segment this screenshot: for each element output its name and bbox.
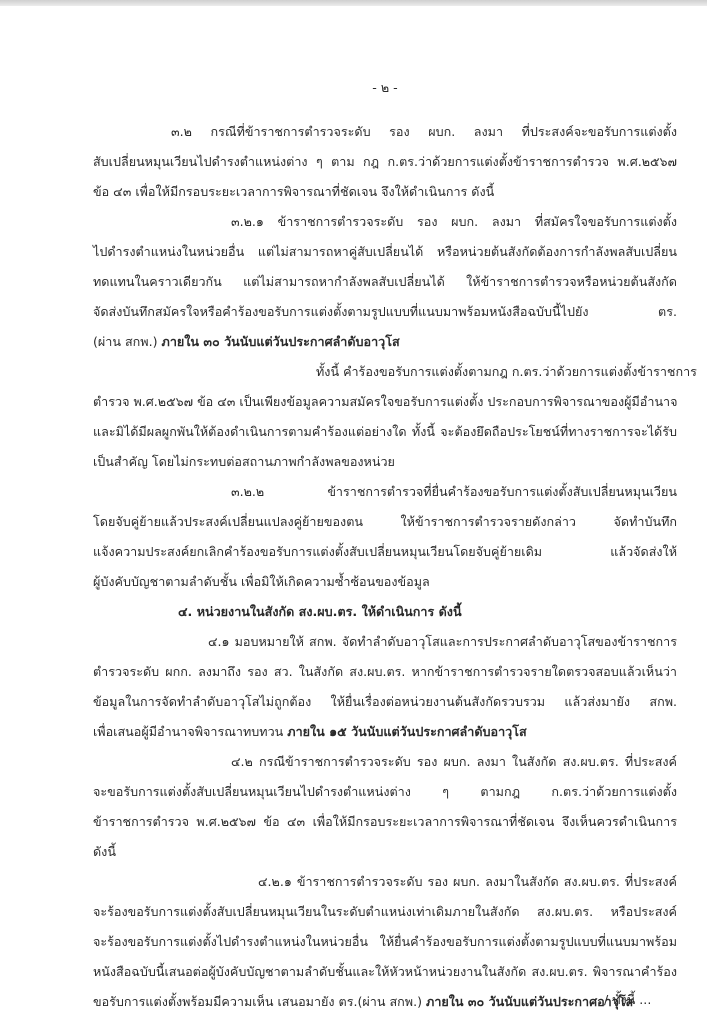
- para-4-2-1-line-1: ๔.๒.๑ ข้าราชการตำรวจระดับ รอง ผบก. ลงมาใ…: [258, 872, 677, 892]
- para-3-2-line-3: ข้อ ๔๓ เพื่อให้มีกรอบระยะเวลาการพิจารณาท…: [93, 182, 677, 202]
- para-4-2-line-2: จะขอรับการแต่งตั้งสับเปลี่ยนหมุนเวียนไปด…: [93, 782, 677, 802]
- para-4-1-line-2: ตำรวจระดับ ผกก. ลงมาถึง รอง สว. ในสังกัด…: [93, 662, 677, 682]
- note-line-3: และมิได้มีผลผูกพันให้ต้องดำเนินการตามคำร…: [93, 422, 677, 442]
- para-3-2-2-line-4: ผู้บังคับบัญชาตามลำดับชั้น เพื่อมิให้เกิ…: [93, 572, 677, 592]
- scan-top-edge: [0, 0, 707, 6]
- continuation-marker: / ทั้งนี้ ...: [604, 990, 651, 1010]
- para-3-2-2-line-2: โดยจับคู่ย้ายแล้วประสงค์เปลี่ยนแปลงคู่ย้…: [93, 512, 677, 532]
- para-4-1-line-3: ข้อมูลในการจัดทำลำดับอาวุโสไม่ถูกต้อง ให…: [93, 692, 677, 712]
- para-3-2-2-line-3: แจ้งความประสงค์ยกเลิกคำร้องขอรับการแต่งต…: [93, 542, 677, 562]
- para-4-1-line-4: เพื่อเสนอผู้มีอำนาจพิจารณาทบทวน ภายใน ๑๕…: [93, 722, 677, 742]
- para-3-2-1-line-2: ไปดำรงตำแหน่งในหน่วยอื่น แต่ไม่สามารถหาค…: [93, 242, 677, 262]
- para-3-2-line-1: ๓.๒ กรณีที่ข้าราชการตำรวจระดับ รอง ผบก. …: [171, 122, 677, 142]
- para-4-2-1-line-2: จะร้องขอรับการแต่งตั้งสับเปลี่ยนหมุนเวีย…: [93, 902, 677, 922]
- note-line-2: ตำรวจ พ.ศ.๒๕๖๗ ข้อ ๔๓ เป็นเพียงข้อมูลควา…: [93, 392, 677, 412]
- para-3-2-2-line-1: ๓.๒.๒ ข้าราชการตำรวจที่ยื่นคำร้องขอรับกา…: [231, 482, 677, 502]
- para-3-2-1-line-1: ๓.๒.๑ ข้าราชการตำรวจระดับ รอง ผบก. ลงมา …: [231, 212, 677, 232]
- para-4-2-line-4: ดังนี้: [93, 842, 677, 862]
- para-3-2-1-via: (ผ่าน สกพ.): [93, 334, 162, 349]
- para-4-2-1-line-4: หนังสือฉบับนี้เสนอต่อผู้บังคับบัญชาตามลำ…: [93, 962, 677, 982]
- para-4-1-line-1: ๔.๑ มอบหมายให้ สกพ. จัดทำลำดับอาวุโสและก…: [208, 632, 677, 652]
- para-4-2-line-3: ข้าราชการตำรวจ พ.ศ.๒๕๖๗ ข้อ ๔๓ เพื่อให้ม…: [93, 812, 677, 832]
- page-number: - ๒ -: [93, 78, 677, 98]
- para-3-2-1-deadline: ภายใน ๓๐ วันนับแต่วันประกาศลำดับอาวุโส: [162, 334, 400, 349]
- section-4-heading: ๔. หน่วยงานในสังกัด สง.ผบ.ตร. ให้ดำเนินก…: [178, 602, 677, 622]
- para-3-2-line-2: สับเปลี่ยนหมุนเวียนไปดำรงตำแหน่งต่าง ๆ ต…: [93, 152, 677, 172]
- para-3-2-1-line-4: จัดส่งบันทึกสมัครใจหรือคำร้องขอรับการแต่…: [93, 302, 677, 322]
- para-4-1-deadline: ภายใน ๑๕ วันนับแต่วันประกาศลำดับอาวุโส: [287, 724, 526, 739]
- para-3-2-1-line-5: (ผ่าน สกพ.) ภายใน ๓๐ วันนับแต่วันประกาศล…: [93, 332, 677, 352]
- para-4-2-line-1: ๔.๒ กรณีข้าราชการตำรวจระดับ รอง ผบก. ลงม…: [231, 752, 677, 772]
- para-3-2-1-line-3: ทดแทนในคราวเดียวกัน แต่ไม่สามารถหากำลังพ…: [93, 272, 677, 292]
- para-4-2-1-text: ขอรับการแต่งตั้งพร้อมมีความเห็น เสนอมายั…: [93, 994, 426, 1009]
- para-4-2-1-line-5: ขอรับการแต่งตั้งพร้อมมีความเห็น เสนอมายั…: [93, 992, 677, 1012]
- para-4-1-text: เพื่อเสนอผู้มีอำนาจพิจารณาทบทวน: [93, 724, 287, 739]
- note-line-1: ทั้งนี้ คำร้องขอรับการแต่งตั้งตามกฎ ก.ตร…: [316, 362, 677, 382]
- para-4-2-1-line-3: จะร้องขอรับการแต่งตั้งไปดำรงตำแหน่งในหน่…: [93, 932, 677, 952]
- note-line-4: เป็นสำคัญ โดยไม่กระทบต่อสถานภาพกำลังพลขอ…: [93, 452, 677, 472]
- para-4-2-1-deadline: ภายใน ๓๐ วันนับแต่วันประกาศอาวุโส: [426, 994, 633, 1009]
